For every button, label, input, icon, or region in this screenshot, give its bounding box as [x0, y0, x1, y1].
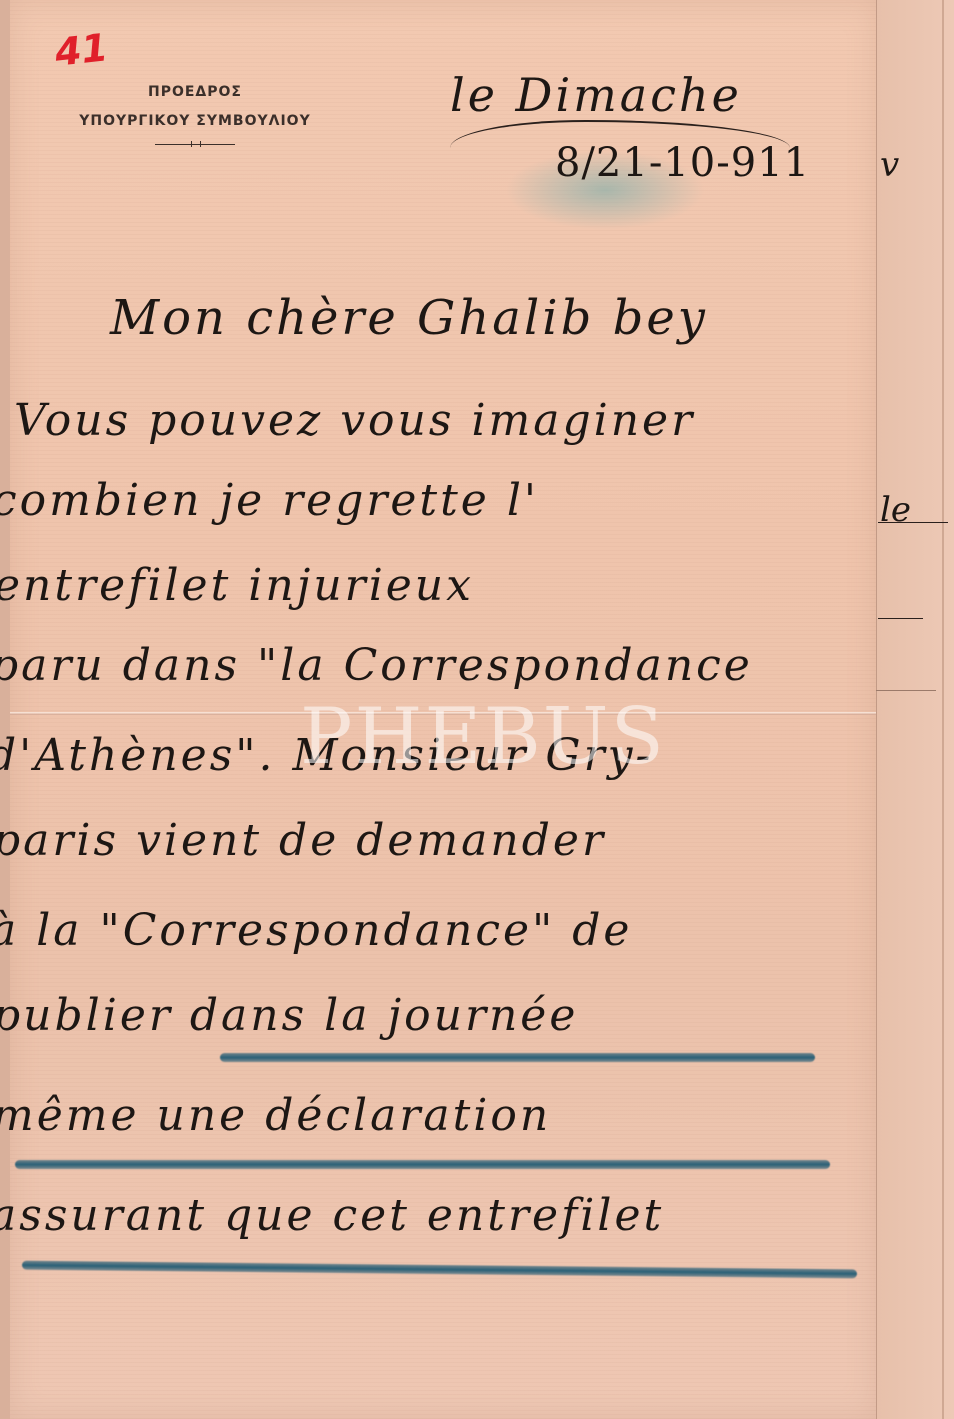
- letterhead: ΠΡΟΕΔΡΟΣ ΥΠΟΥΡΓΙΚΟΥ ΣΥΜΒΟΥΛΙΟΥ: [40, 78, 350, 145]
- body-line: combien je regrette l': [0, 475, 539, 526]
- underlying-fold: [876, 690, 936, 691]
- margin-fragment: le: [880, 490, 911, 530]
- body-line: Vous pouvez vous imaginer: [14, 395, 695, 446]
- margin-stroke: [878, 522, 948, 523]
- body-line: entrefilet injurieux: [0, 560, 474, 611]
- greeting: Mon chère Ghalib bey: [110, 290, 708, 346]
- letterhead-ornament: [155, 144, 235, 145]
- body-line: assurant que cet entrefilet: [0, 1190, 664, 1241]
- date-numeric: 8/21-10-911: [555, 140, 810, 186]
- archive-number: 41: [53, 25, 110, 74]
- body-line: paru dans "la Correspondance: [0, 640, 753, 691]
- date-day: le Dimache: [450, 68, 742, 122]
- blue-pencil-underline: [220, 1053, 815, 1062]
- letterhead-title: ΠΡΟΕΔΡΟΣ: [40, 78, 350, 107]
- margin-fragment: v: [880, 145, 899, 185]
- body-line: paris vient de demander: [0, 815, 606, 866]
- letterhead-subtitle: ΥΠΟΥΡΓΙΚΟΥ ΣΥΜΒΟΥΛΙΟΥ: [40, 107, 350, 136]
- margin-stroke: [878, 618, 923, 619]
- watermark: PHEBUS: [300, 692, 666, 782]
- body-line: à la "Correspondance" de: [0, 905, 632, 956]
- body-line: publier dans la journée: [0, 990, 578, 1041]
- body-line: même une déclaration: [0, 1090, 551, 1141]
- underlying-page-edge: [942, 0, 944, 1419]
- blue-pencil-underline: [15, 1160, 830, 1169]
